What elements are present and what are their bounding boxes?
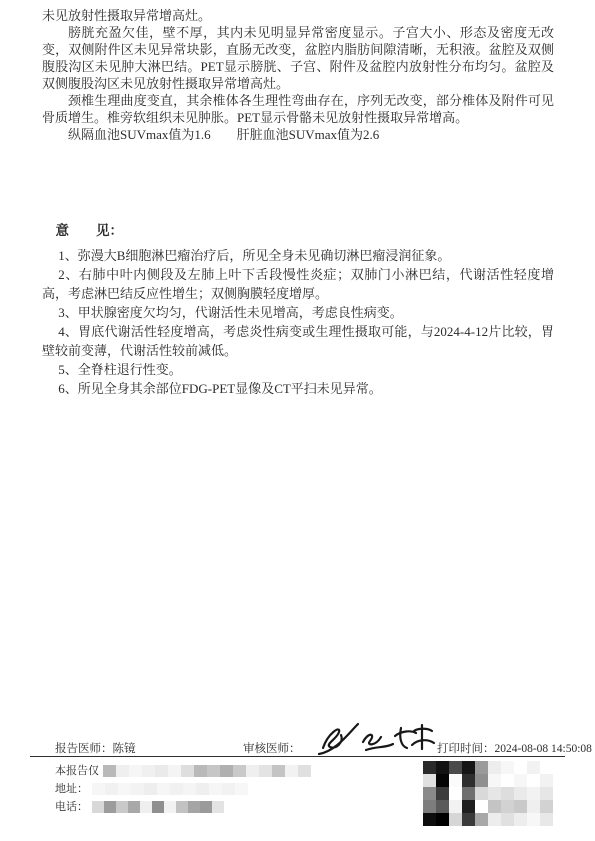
- opinion-item: 2、右肺中叶内侧段及左肺上叶下舌段慢性炎症；双肺门小淋巴结，代谢活性轻度增高，考…: [42, 265, 554, 303]
- findings-paragraph: 颈椎生理曲度变直，其余椎体各生理性弯曲存在，序列无改变，部分椎体及附件可见骨质增…: [42, 92, 554, 126]
- report-doctor: 报告医师：陈镜: [55, 740, 136, 756]
- report-doctor-name: 陈镜: [113, 743, 136, 755]
- opinion-item: 4、胃底代谢活性轻度增高，考虑炎性病变或生理性摄取可能，与2024-4-12片比…: [42, 322, 554, 360]
- report-page: 未见放射性摄取异常增高灶。 膀胱充盈欠佳，壁不厚，其内未见明显异常密度显示。子宫…: [0, 0, 595, 841]
- opinion-item: 3、甲状腺密度欠均匀，代谢活性未见增高，考虑良性病变。: [42, 303, 554, 322]
- print-time-value: 2024-08-08 14:50:08: [495, 743, 592, 755]
- suv-liver-value: 肝脏血池SUVmax值为2.6: [237, 127, 380, 142]
- opinion-list: 1、弥漫大B细胞淋巴瘤治疗后，所见全身未见确切淋巴瘤浸润征象。 2、右肺中叶内侧…: [42, 246, 554, 398]
- reviewer-handwritten-signature: [316, 720, 438, 760]
- phone-line: 电话：: [55, 798, 311, 816]
- report-doctor-label: 报告医师：: [55, 743, 113, 755]
- signature-ink-icon: [316, 720, 438, 760]
- phone-label: 电话：: [55, 798, 88, 816]
- address-line: 地址：: [55, 780, 311, 798]
- opinion-section: 意 见： 1、弥漫大B细胞淋巴瘤治疗后，所见全身未见确切淋巴瘤浸润征象。 2、右…: [42, 222, 554, 398]
- redacted-qr-code: [423, 761, 553, 826]
- review-doctor-label: 审核医师：: [243, 740, 301, 756]
- report-note-label: 本报告仅: [55, 762, 99, 780]
- opinion-heading: 意 见：: [56, 222, 555, 239]
- suv-values-line: 纵隔血池SUVmax值为1.6肝脏血池SUVmax值为2.6: [42, 126, 554, 143]
- findings-paragraph: 膀胱充盈欠佳，壁不厚，其内未见明显异常密度显示。子宫大小、形态及密度无改变，双侧…: [42, 24, 554, 92]
- signature-footer: 报告医师：陈镜 审核医师： 打印时间：2024-08-08 14:50:08: [0, 734, 595, 758]
- print-time-label: 打印时间：: [437, 743, 495, 755]
- footer-divider-line: [30, 756, 565, 757]
- print-time: 打印时间：2024-08-08 14:50:08: [437, 740, 592, 756]
- redacted-address-text: [92, 783, 248, 795]
- findings-continuation-line: 未见放射性摄取异常增高灶。: [42, 7, 554, 24]
- opinion-item: 5、全脊柱退行性变。: [42, 360, 554, 379]
- opinion-item: 1、弥漫大B细胞淋巴瘤治疗后，所见全身未见确切淋巴瘤浸润征象。: [42, 246, 554, 265]
- redacted-note-text: [103, 765, 311, 777]
- suv-mediastinum-value: 纵隔血池SUVmax值为1.6: [68, 127, 211, 142]
- report-note-line: 本报告仅: [55, 762, 311, 780]
- address-label: 地址：: [55, 780, 88, 798]
- redacted-phone-text: [92, 801, 224, 813]
- opinion-item: 6、所见全身其余部位FDG-PET显像及CT平扫未见异常。: [42, 379, 554, 398]
- hospital-info-block: 本报告仅 地址： 电话：: [55, 762, 311, 816]
- report-body: 未见放射性摄取异常增高灶。 膀胱充盈欠佳，壁不厚，其内未见明显异常密度显示。子宫…: [42, 7, 554, 398]
